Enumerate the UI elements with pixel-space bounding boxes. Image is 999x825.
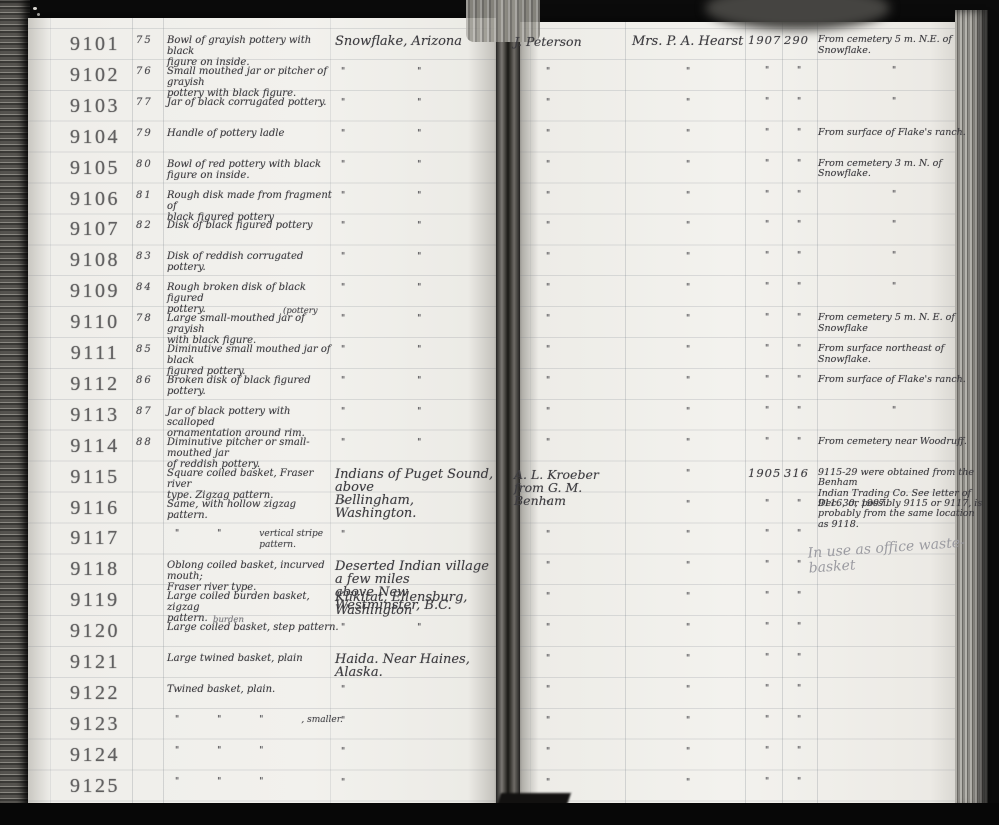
cell-locality: "" [335, 282, 503, 295]
ditto-mark: " [797, 344, 802, 355]
ditto-mark: " [765, 66, 770, 77]
ditto-mark: " [546, 251, 550, 264]
ditto-mark: " [797, 746, 802, 757]
ditto-mark: " [765, 344, 770, 355]
ditto-mark: " [341, 159, 345, 172]
ditto-mark: " [546, 159, 550, 172]
table-row: 9116Same, with hollow zigzag pattern."""… [0, 497, 999, 528]
ditto-mark: " [765, 746, 770, 757]
ledger-scan: 910175Bowl of grayish pottery with black… [0, 0, 999, 825]
ditto-mark: " [797, 684, 802, 695]
cell-accession: " [784, 684, 829, 695]
cell-no: 76 [136, 66, 166, 77]
cell-locality: Snowflake, Arizona [335, 35, 497, 48]
cell-no: 88 [136, 437, 166, 448]
cell-no: 82 [136, 220, 166, 231]
cell-year: 1907 [748, 35, 782, 46]
cell-locality: "" [335, 437, 503, 450]
ditto-mark: " [797, 499, 802, 510]
ditto-mark: " [686, 591, 690, 604]
cell-year: 1905 [748, 468, 782, 479]
inserted-word: burden [213, 615, 244, 626]
ditto-mark: " [797, 251, 802, 262]
cell-locality: "" [335, 313, 503, 326]
ditto-mark: " [686, 560, 690, 573]
ditto-mark: " [686, 159, 690, 172]
ditto-mark: " [546, 406, 550, 419]
table-row: 910681Rough disk made from fragment of b… [0, 188, 999, 219]
table-row: 911078Large small-mouthed jar of grayish… [0, 311, 999, 342]
ditto-mark: " [797, 591, 802, 602]
cell-catalog: 9110 [55, 311, 135, 333]
ditto-mark: " [341, 684, 345, 697]
ditto-mark: " [341, 777, 345, 790]
cell-locality: "" [335, 251, 503, 264]
cell-accession: " [784, 746, 829, 757]
ditto-mark: " [686, 128, 690, 141]
ditto-mark: " [259, 777, 263, 788]
ditto-mark: " [217, 529, 221, 540]
ditto-mark: " [797, 529, 802, 540]
ditto-mark: " [686, 190, 690, 203]
cell-accession: " [784, 715, 829, 726]
cell-catalog: 9116 [55, 497, 135, 519]
ditto-mark: " [797, 282, 802, 293]
ditto-mark: " [417, 437, 421, 450]
ditto-mark: " [341, 251, 345, 264]
cell-no: 83 [136, 251, 166, 262]
cell-accession: " [784, 529, 829, 540]
table-row: 910782Disk of black figured pottery"""""… [0, 218, 999, 249]
cell-remarks: From surface of Flake's ranch. [818, 128, 984, 139]
ditto-mark: " [765, 560, 770, 571]
cell-accession: " [784, 777, 829, 788]
ditto-mark: " [892, 251, 896, 262]
cell-no: 87 [136, 406, 166, 417]
ditto-mark: " [797, 715, 802, 726]
ditto-mark: vertical stripe pattern. [259, 529, 347, 551]
table-row: 910175Bowl of grayish pottery with black… [0, 33, 999, 64]
cell-catalog: 9120 [55, 620, 135, 642]
ditto-mark: " [341, 622, 345, 635]
cell-description: Large twined basket, plain [167, 653, 339, 664]
ditto-mark: " [892, 220, 896, 231]
cell-catalog: 9115 [55, 466, 135, 488]
cell-locality: "" [335, 128, 503, 141]
cell-donor: Mrs. P. A. Hearst [632, 35, 744, 48]
ditto-mark: " [417, 251, 421, 264]
ditto-mark: " [417, 282, 421, 295]
ditto-mark: " [686, 406, 690, 419]
ditto-mark: " [765, 159, 770, 170]
cell-catalog: 9113 [55, 404, 135, 426]
ditto-mark: " [765, 190, 770, 201]
cell-catalog: 9124 [55, 744, 135, 766]
cell-accession: 316 [784, 468, 816, 479]
ditto-mark: " [686, 66, 690, 79]
ditto-mark: " [546, 777, 550, 790]
ditto-mark: " [765, 529, 770, 540]
ditto-mark: " [765, 684, 770, 695]
ditto-mark: " [686, 344, 690, 357]
ditto-mark: " [765, 220, 770, 231]
table-row: 911286Broken disk of black figured potte… [0, 373, 999, 404]
ditto-mark: " [175, 777, 179, 788]
cell-description: Disk of reddish corrugated pottery. [167, 251, 339, 273]
cell-catalog: 9123 [55, 713, 135, 735]
ditto-mark: " [797, 777, 802, 788]
cell-locality: "" [335, 375, 503, 388]
table-row: 910479Handle of pottery ladle""""""From … [0, 126, 999, 157]
ditto-mark: " [175, 529, 179, 540]
cell-no: 80 [136, 159, 166, 170]
ditto-mark: " [546, 684, 550, 697]
ditto-mark: " [546, 220, 550, 233]
cell-description: Broken disk of black figured pottery. [167, 375, 339, 397]
cell-no: 86 [136, 375, 166, 386]
cell-remarks: " [818, 66, 999, 77]
table-row: 910984Rough broken disk of black figured… [0, 280, 999, 311]
ditto-mark: " [417, 313, 421, 326]
cell-remarks: " [818, 282, 999, 293]
ditto-mark: " [546, 529, 550, 542]
ditto-mark: " [797, 66, 802, 77]
cell-collector: J. Peterson [514, 35, 624, 48]
ditto-mark: " [417, 406, 421, 419]
cell-catalog: 9101 [55, 33, 135, 55]
table-row: 9121Large twined basket, plainHaida. Nea… [0, 651, 999, 682]
ditto-mark: " [417, 159, 421, 172]
cell-locality: " [335, 499, 503, 512]
ditto-mark: " [765, 128, 770, 139]
ditto-mark: " [546, 313, 550, 326]
cell-remarks: " [818, 406, 999, 417]
cell-catalog: 9117 [55, 527, 135, 549]
cell-catalog: 9121 [55, 651, 135, 673]
ditto-mark: " [797, 653, 802, 664]
cell-catalog: 9114 [55, 435, 135, 457]
ditto-mark: " [175, 746, 179, 757]
ditto-mark: " [341, 437, 345, 450]
cell-locality: "" [335, 97, 503, 110]
cell-catalog: 9106 [55, 188, 135, 210]
ditto-mark: " [686, 375, 690, 388]
ditto-mark: " [217, 746, 221, 757]
table-row: 910276Small mouthed jar or pitcher of gr… [0, 64, 999, 95]
cell-no: 84 [136, 282, 166, 293]
ditto-mark: " [686, 251, 690, 264]
ledger-rows: 910175Bowl of grayish pottery with black… [0, 0, 999, 825]
ditto-mark: " [546, 97, 550, 110]
cell-locality: "" [335, 622, 503, 635]
ditto-mark: " [686, 684, 690, 697]
cell-locality: " [335, 529, 503, 542]
ditto-mark: " [765, 313, 770, 324]
table-row: 9119Large coiled burden basket, zigzag p… [0, 589, 999, 620]
cell-catalog: 9109 [55, 280, 135, 302]
cell-catalog: 9108 [55, 249, 135, 271]
cell-description: """ [167, 746, 347, 757]
cell-locality: " [335, 715, 503, 728]
cell-no: 81 [136, 190, 166, 201]
cell-locality: "" [335, 220, 503, 233]
cell-description: Jar of black corrugated pottery. [167, 97, 339, 108]
ditto-mark: " [341, 66, 345, 79]
cell-no: 77 [136, 97, 166, 108]
cell-no: 85 [136, 344, 166, 355]
table-row: 9120Large coiled basket, step pattern.bu… [0, 620, 999, 651]
ditto-mark: " [341, 282, 345, 295]
cell-locality: Klikitat, Ellensburg, Washington [335, 591, 497, 617]
cell-no: 79 [136, 128, 166, 139]
ditto-mark: " [765, 653, 770, 664]
ditto-mark: " [259, 715, 263, 726]
ditto-mark: " [686, 622, 690, 635]
ditto-mark: " [341, 128, 345, 141]
cell-remarks: From surface of Flake's ranch. [818, 375, 984, 386]
ditto-mark: " [341, 746, 345, 759]
cell-remarks: From cemetery 5 m. N.E. of Snowflake. [818, 35, 984, 56]
ditto-mark: " [546, 66, 550, 79]
ditto-mark: " [546, 622, 550, 635]
cell-catalog: 9102 [55, 64, 135, 86]
cell-catalog: 9107 [55, 218, 135, 240]
cell-locality: Haida. Near Haines, Alaska. [335, 653, 497, 679]
table-row: 911185Diminutive small mouthed jar of bl… [0, 342, 999, 373]
ditto-mark: " [686, 437, 690, 450]
ditto-mark: " [797, 97, 802, 108]
ditto-mark: " [217, 715, 221, 726]
ditto-mark: " [546, 344, 550, 357]
cell-locality: " [335, 777, 503, 790]
cell-remarks: From cemetery 5 m. N. E. of Snowflake [818, 313, 984, 334]
cell-description: ""vertical stripe pattern. [167, 529, 347, 551]
ditto-mark: " [546, 653, 550, 666]
ditto-mark: " [797, 190, 802, 201]
ditto-mark: " [892, 97, 896, 108]
cell-remarks: From cemetery 3 m. N. of Snowflake. [818, 159, 984, 180]
ditto-mark: " [546, 437, 550, 450]
ditto-mark: " [686, 282, 690, 295]
ditto-mark: " [341, 406, 345, 419]
ditto-mark: " [797, 406, 802, 417]
table-row: 9124"""""""" [0, 744, 999, 775]
ditto-mark: " [417, 66, 421, 79]
cell-locality: "" [335, 406, 503, 419]
ditto-mark: " [797, 437, 802, 448]
cell-catalog: 9122 [55, 682, 135, 704]
cell-locality: "" [335, 344, 503, 357]
cell-locality: "" [335, 159, 503, 172]
ditto-mark: " [341, 220, 345, 233]
cell-description: Same, with hollow zigzag pattern. [167, 499, 339, 521]
ditto-mark: " [546, 591, 550, 604]
cell-description: """ [167, 777, 347, 788]
cell-accession: " [784, 653, 829, 664]
ditto-mark: " [546, 190, 550, 203]
inserted-word: (pottery [283, 306, 318, 317]
ditto-mark: " [546, 715, 550, 728]
ditto-mark: " [797, 622, 802, 633]
ditto-mark: " [546, 375, 550, 388]
ditto-mark: " [686, 715, 690, 728]
ditto-mark: " [417, 375, 421, 388]
ditto-mark: " [686, 529, 690, 542]
cell-description: Handle of pottery ladle [167, 128, 339, 139]
table-row: 910580Bowl of red pottery with black fig… [0, 157, 999, 188]
ditto-mark: " [546, 128, 550, 141]
ditto-mark: " [341, 375, 345, 388]
ditto-mark: " [765, 97, 770, 108]
ditto-mark: " [341, 344, 345, 357]
cell-description: Bowl of red pottery with black figure on… [167, 159, 339, 181]
ditto-mark: " [892, 66, 896, 77]
cell-catalog: 9105 [55, 157, 135, 179]
cell-description: Large coiled basket, step pattern.burden [167, 622, 339, 633]
ditto-mark: " [417, 344, 421, 357]
cell-catalog: 9112 [55, 373, 135, 395]
ditto-mark: " [546, 560, 550, 573]
ditto-mark: " [417, 622, 421, 635]
ditto-mark: " [259, 746, 263, 757]
ditto-mark: " [341, 190, 345, 203]
ditto-mark: " [686, 499, 690, 512]
ditto-mark: " [217, 777, 221, 788]
ditto-mark: " [686, 468, 690, 481]
table-row: 9125"""""""" [0, 775, 999, 806]
ditto-mark: " [686, 653, 690, 666]
ditto-mark: " [546, 499, 550, 512]
ditto-mark: " [765, 777, 770, 788]
ditto-mark: " [686, 220, 690, 233]
ditto-mark: " [417, 190, 421, 203]
cell-description: """, smaller. [167, 715, 347, 726]
cell-no: 78 [136, 313, 166, 324]
cell-catalog: 9125 [55, 775, 135, 797]
cell-accession: " [784, 591, 829, 602]
cell-catalog: 9119 [55, 589, 135, 611]
ditto-mark: " [892, 282, 896, 293]
table-row: 9123""", smaller.""""" [0, 713, 999, 744]
table-row: 910883Disk of reddish corrugated pottery… [0, 249, 999, 280]
table-row: 911488Diminutive pitcher or small-mouthe… [0, 435, 999, 466]
cell-description: Disk of black figured pottery [167, 220, 339, 231]
cell-locality: " [335, 684, 503, 697]
cell-locality: "" [335, 190, 503, 203]
cell-remarks: 9116, or possibly 9115 or 9117, is proba… [818, 499, 984, 531]
cell-accession: 290 [784, 35, 816, 46]
ditto-mark: " [686, 97, 690, 110]
cell-remarks: From cemetery near Woodruff. [818, 437, 984, 448]
cell-catalog: 9111 [55, 342, 135, 364]
cell-remarks: " [818, 251, 999, 262]
ditto-mark: " [797, 375, 802, 386]
cell-accession: " [784, 622, 829, 633]
table-row: 9122Twined basket, plain.""""" [0, 682, 999, 713]
ditto-mark: " [546, 746, 550, 759]
ditto-mark: " [765, 499, 770, 510]
ditto-mark: " [892, 406, 896, 417]
ditto-mark: " [797, 220, 802, 231]
ditto-mark: " [765, 437, 770, 448]
ditto-mark: " [797, 159, 802, 170]
table-row: 9115Square coiled basket, Fraser river t… [0, 466, 999, 497]
ditto-mark: " [686, 777, 690, 790]
ditto-mark: " [765, 406, 770, 417]
ditto-mark: " [686, 313, 690, 326]
ditto-mark: " [765, 622, 770, 633]
cell-no: 75 [136, 35, 166, 46]
ditto-mark: " [765, 715, 770, 726]
ditto-mark: " [686, 746, 690, 759]
cell-description: Twined basket, plain. [167, 684, 339, 695]
ditto-mark: " [341, 97, 345, 110]
ditto-mark: " [341, 499, 345, 512]
cell-remarks: " [818, 220, 999, 231]
ditto-mark: " [765, 251, 770, 262]
ditto-mark: " [765, 282, 770, 293]
cell-catalog: 9103 [55, 95, 135, 117]
ditto-mark: " [175, 715, 179, 726]
ditto-mark: " [797, 313, 802, 324]
cell-locality: " [335, 746, 503, 759]
ditto-mark: " [341, 313, 345, 326]
cell-remarks: " [818, 97, 999, 108]
table-row: 910377Jar of black corrugated pottery.""… [0, 95, 999, 126]
cell-locality: "" [335, 66, 503, 79]
ditto-mark: " [417, 128, 421, 141]
ditto-mark: " [417, 97, 421, 110]
ditto-mark: " [341, 715, 345, 728]
cell-remarks: From surface northeast of Snowflake. [818, 344, 984, 365]
cell-catalog: 9104 [55, 126, 135, 148]
ditto-mark: " [765, 591, 770, 602]
ditto-mark: " [417, 220, 421, 233]
cell-remarks: " [818, 190, 999, 201]
cell-catalog: 9118 [55, 558, 135, 580]
ditto-mark: " [341, 529, 345, 542]
ditto-mark: " [765, 375, 770, 386]
ditto-mark: " [892, 190, 896, 201]
table-row: 911387Jar of black pottery with scallope… [0, 404, 999, 435]
ditto-mark: " [797, 128, 802, 139]
ditto-mark: " [797, 560, 802, 571]
ditto-mark: " [546, 282, 550, 295]
